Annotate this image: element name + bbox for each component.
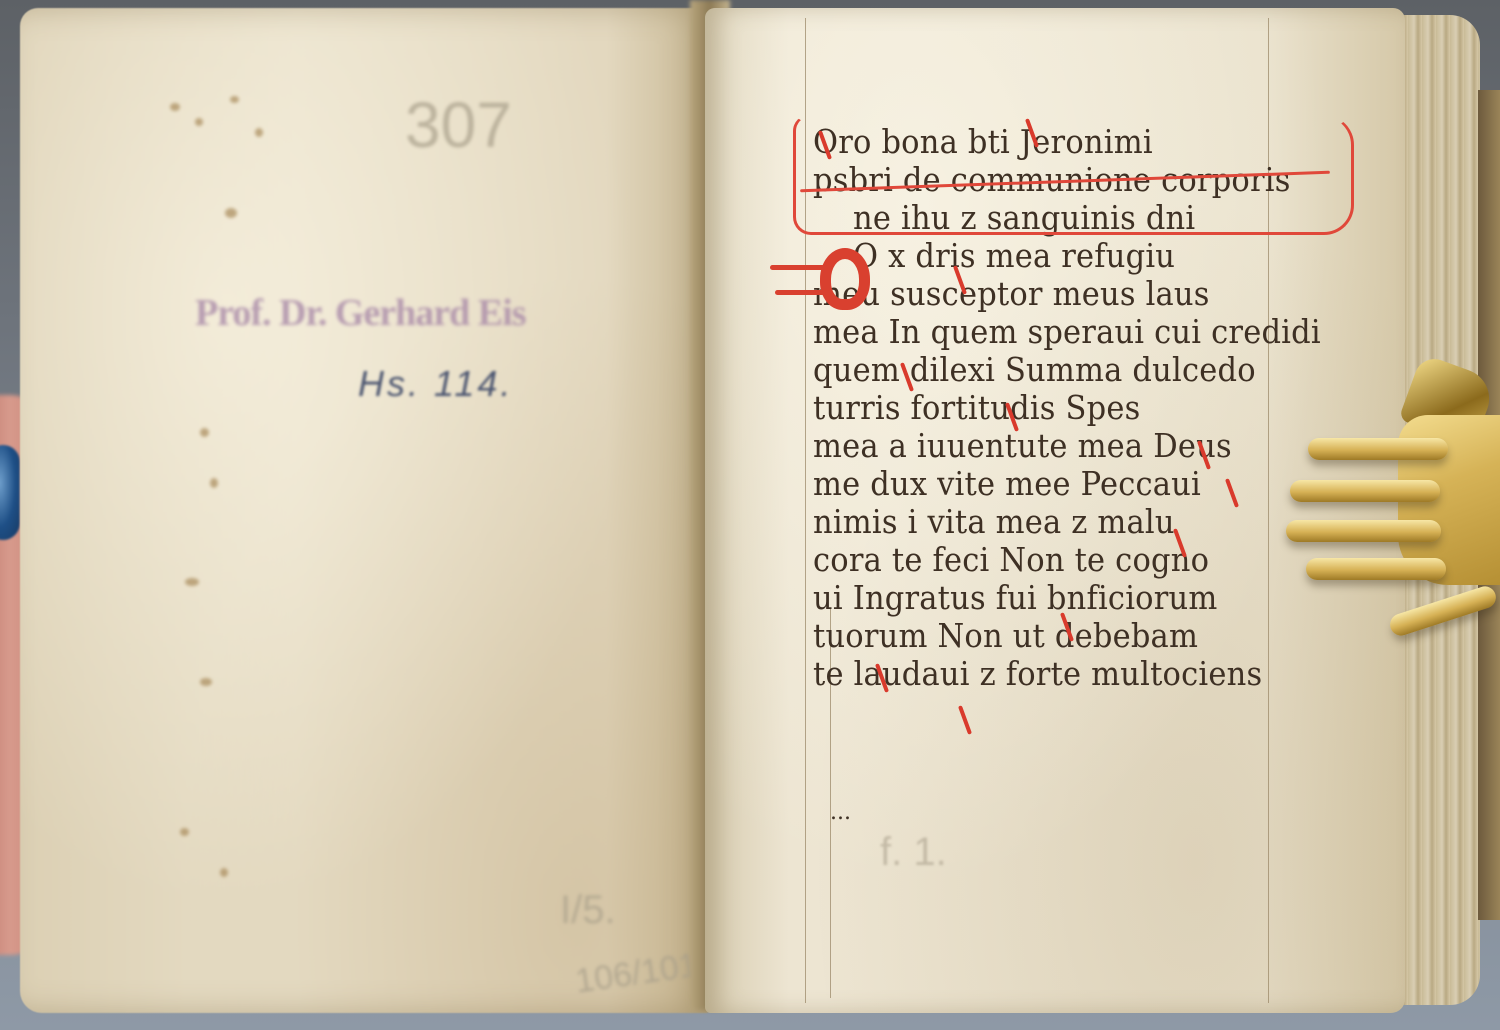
text-line: mea In quem speraui cui credidi (813, 313, 1373, 354)
golden-hand-clasp (1278, 360, 1500, 630)
rubric-line: Oro bona bti Jeronimi (813, 123, 1373, 164)
initial-flourish (775, 290, 830, 295)
manuscript-photo: 307 Prof. Dr. Gerhard Eis Hs. 114. I/5. … (0, 0, 1500, 1030)
pencil-number: 307 (405, 88, 512, 162)
red-initial-o (820, 248, 870, 310)
clasp-finger (1286, 520, 1441, 542)
ruling-line (805, 18, 806, 1003)
pencil-note: I/5. (560, 888, 616, 933)
left-page-verso: 307 Prof. Dr. Gerhard Eis Hs. 114. I/5. … (20, 8, 710, 1013)
clasp-finger (1306, 558, 1446, 580)
text-line: O x dris mea refugiu (813, 237, 1373, 278)
initial-flourish (770, 265, 828, 270)
text-line: te laudaui z forte multociens (813, 655, 1373, 696)
clasp-finger (1308, 438, 1448, 460)
text-line: meu susceptor meus laus (813, 275, 1373, 316)
clasp-finger (1290, 480, 1440, 502)
continuation-dots: ... (830, 800, 851, 825)
pencil-folio-number: f. 1. (880, 830, 947, 875)
fingernail (0, 445, 20, 540)
shelfmark: Hs. 114. (358, 363, 513, 405)
owner-stamp: Prof. Dr. Gerhard Eis (195, 291, 525, 335)
text-line: ne ihu z sanguinis dni (813, 199, 1373, 240)
